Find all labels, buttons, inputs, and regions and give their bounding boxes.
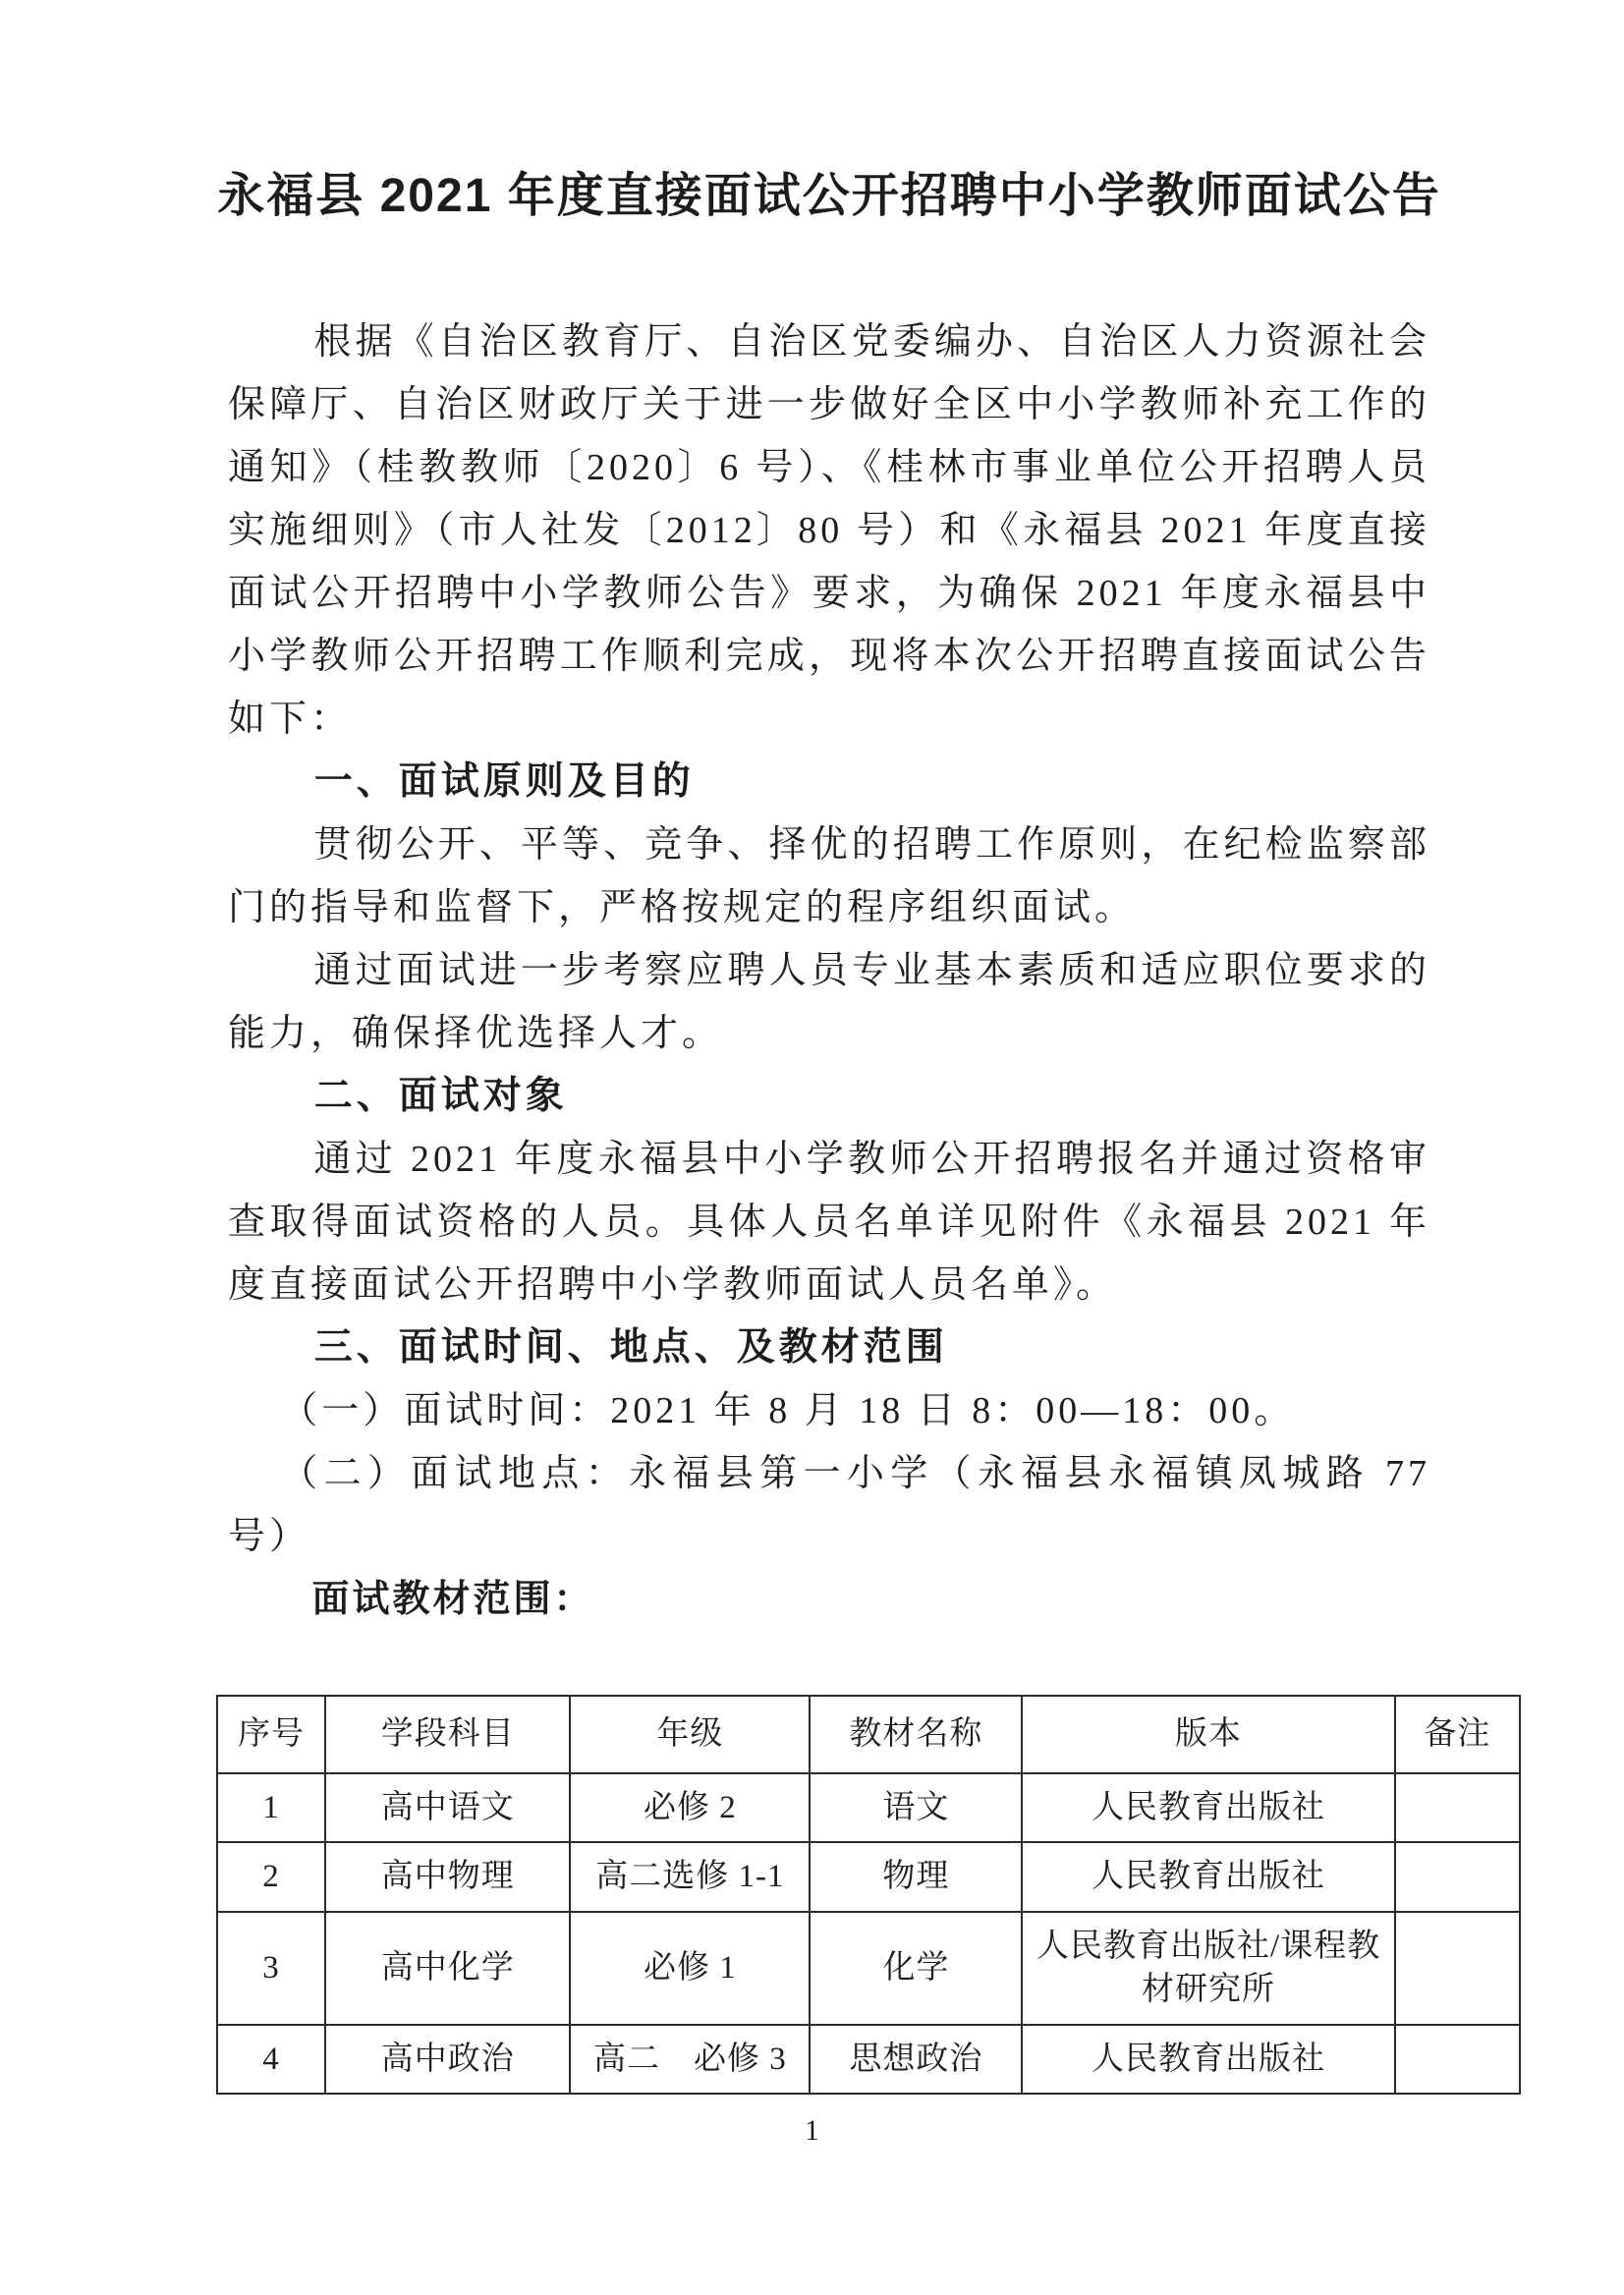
- section1-paragraph-2: 通过面试进一步考察应聘人员专业基本素质和适应职位要求的能力，确保择优选择人才。: [228, 939, 1430, 1065]
- table-header-row: 序号 学段科目 年级 教材名称 版本 备注: [217, 1696, 1520, 1773]
- cell-book-name: 思想政治: [810, 2025, 1022, 2095]
- cell-publisher: 人民教育出版社/课程教材研究所: [1022, 1912, 1394, 2025]
- table-row: 4 高中政治 高二 必修 3 思想政治 人民教育出版社: [217, 2025, 1520, 2095]
- document-page: 永福县 2021 年度直接面试公开招聘中小学教师面试公告 根据《自治区教育厅、自…: [0, 0, 1624, 2295]
- section1-paragraph-1: 贯彻公开、平等、竞争、择优的招聘工作原则，在纪检监察部门的指导和监督下，严格按规…: [228, 813, 1430, 939]
- section2-heading: 二、面试对象: [228, 1065, 1430, 1128]
- header-cell-index: 序号: [217, 1696, 325, 1773]
- page-number: 1: [0, 2114, 1624, 2148]
- header-cell-subject: 学段科目: [325, 1696, 570, 1773]
- cell-book-name: 化学: [810, 1912, 1022, 2025]
- cell-grade: 高二选修 1-1: [570, 1842, 810, 1912]
- cell-subject: 高中化学: [325, 1912, 570, 2025]
- header-cell-grade: 年级: [570, 1696, 810, 1773]
- cell-subject: 高中政治: [325, 2025, 570, 2095]
- materials-table: 序号 学段科目 年级 教材名称 版本 备注 1 高中语文 必修 2 语文 人民教…: [216, 1695, 1521, 2095]
- cell-remark: [1395, 1912, 1520, 2025]
- cell-index: 4: [217, 2025, 325, 2095]
- section1-heading: 一、面试原则及目的: [228, 751, 1430, 813]
- cell-index: 2: [217, 1842, 325, 1912]
- document-body: 永福县 2021 年度直接面试公开招聘中小学教师面试公告 根据《自治区教育厅、自…: [228, 167, 1430, 1631]
- cell-index: 1: [217, 1773, 325, 1843]
- cell-remark: [1395, 2025, 1520, 2095]
- cell-book-name: 语文: [810, 1773, 1022, 1843]
- cell-book-name: 物理: [810, 1842, 1022, 1912]
- cell-subject: 高中语文: [325, 1773, 570, 1843]
- header-cell-publisher: 版本: [1022, 1696, 1394, 1773]
- cell-subject: 高中物理: [325, 1842, 570, 1912]
- table-row: 1 高中语文 必修 2 语文 人民教育出版社: [217, 1773, 1520, 1843]
- cell-grade: 高二 必修 3: [570, 2025, 810, 2095]
- cell-index: 3: [217, 1912, 325, 2025]
- cell-grade: 必修 2: [570, 1773, 810, 1843]
- document-title: 永福县 2021 年度直接面试公开招聘中小学教师面试公告: [189, 167, 1470, 226]
- header-cell-remark: 备注: [1395, 1696, 1520, 1773]
- section3-item-time: （一）面试时间：2021 年 8 月 18 日 8：00—18：00。: [228, 1379, 1430, 1442]
- section2-paragraph-1: 通过 2021 年度永福县中小学教师公开招聘报名并通过资格审查取得面试资格的人员…: [228, 1128, 1430, 1316]
- section3-heading: 三、面试时间、地点、及教材范围: [228, 1316, 1430, 1379]
- intro-paragraph: 根据《自治区教育厅、自治区党委编办、自治区人力资源社会保障厅、自治区财政厅关于进…: [228, 310, 1430, 751]
- cell-remark: [1395, 1773, 1520, 1843]
- section3-item-location: （二）面试地点：永福县第一小学（永福县永福镇凤城路 77 号）: [228, 1442, 1430, 1568]
- cell-remark: [1395, 1842, 1520, 1912]
- table-row: 2 高中物理 高二选修 1-1 物理 人民教育出版社: [217, 1842, 1520, 1912]
- cell-publisher: 人民教育出版社: [1022, 1842, 1394, 1912]
- materials-table-caption: 面试教材范围：: [228, 1568, 1430, 1631]
- table-row: 3 高中化学 必修 1 化学 人民教育出版社/课程教材研究所: [217, 1912, 1520, 2025]
- cell-publisher: 人民教育出版社: [1022, 1773, 1394, 1843]
- header-cell-book-name: 教材名称: [810, 1696, 1022, 1773]
- cell-publisher: 人民教育出版社: [1022, 2025, 1394, 2095]
- cell-grade: 必修 1: [570, 1912, 810, 2025]
